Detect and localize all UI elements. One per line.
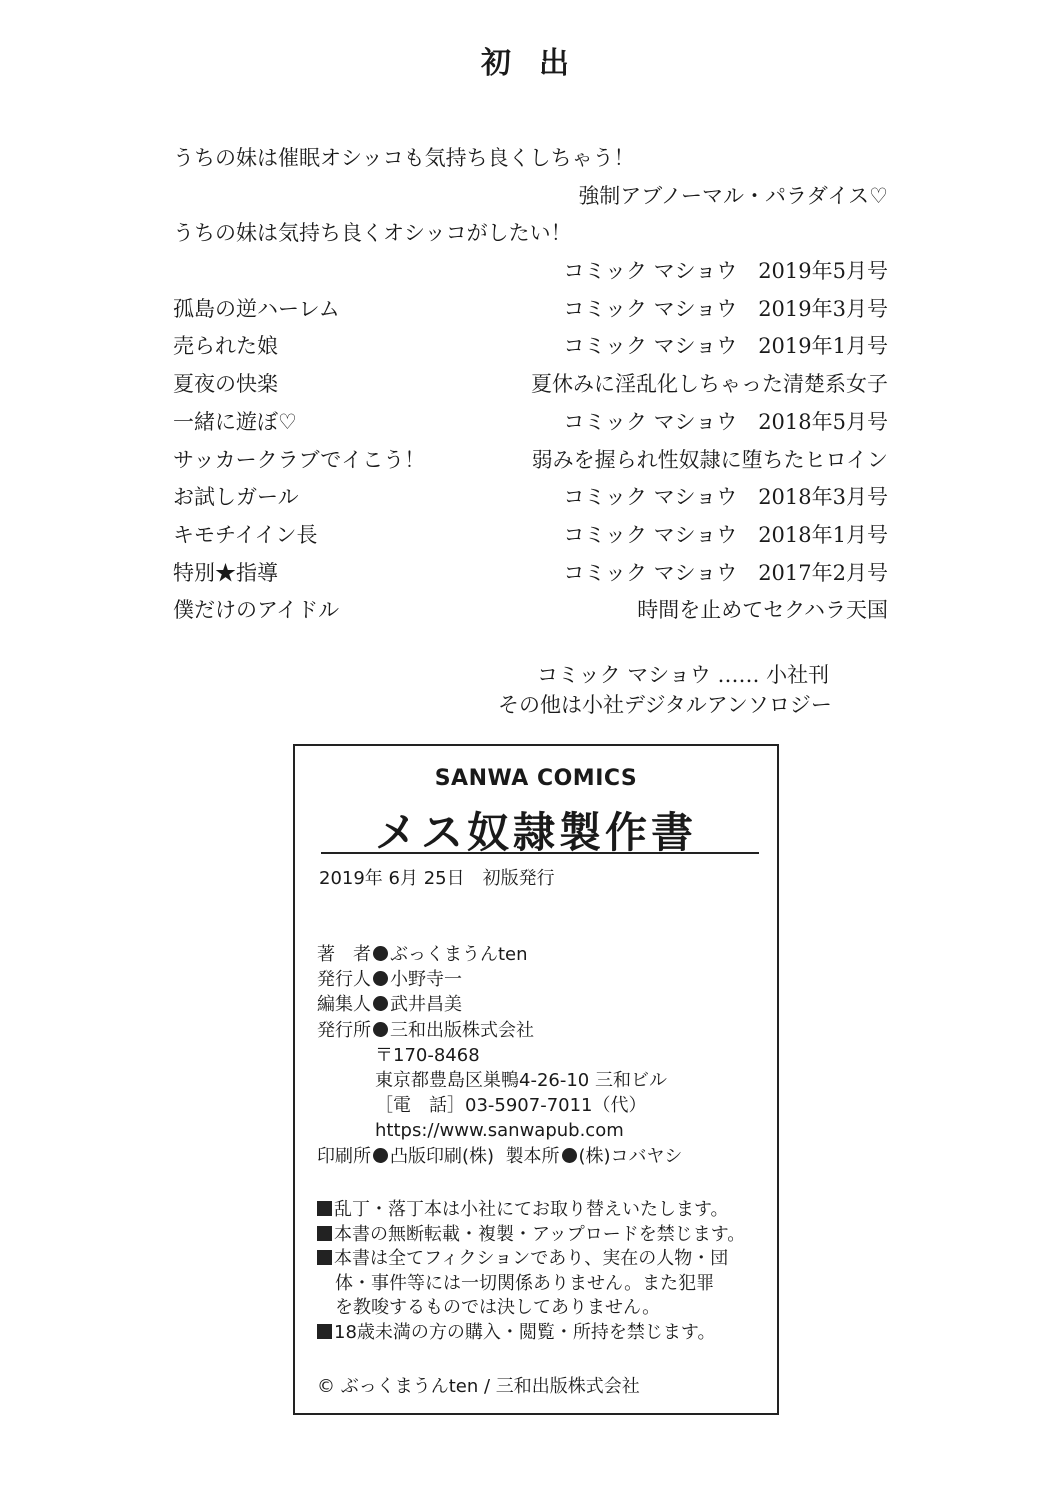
staff-label: 発行所 [317,1020,371,1041]
story-title: 僕だけのアイドル [173,592,339,630]
credit-row: 特別★指導 コミック マショウ 2017年2月号 [173,555,888,593]
note-digital: その他は小社デジタルアンソロジー [498,690,832,720]
credit-row: キモチイイン長 コミック マショウ 2018年1月号 [173,517,888,555]
credit-row: うちの妹は気持ち良くオシッコがしたい！ [173,215,888,253]
printer-binder: 印刷所凸版印刷(株) 製本所(株)コバヤシ [317,1144,682,1169]
story-title: 孤島の逆ハーレム [173,291,340,329]
bullet-icon [373,946,388,961]
phone-number: ［電 話］03-5907-7011（代） [317,1093,682,1118]
legal-notices: 乱丁・落丁本は小社にてお取り替えいたします。 本書の無断転載・複製・アップロード… [317,1198,745,1345]
story-source: コミック マショウ 2017年2月号 [563,555,888,593]
story-title: 特別★指導 [173,555,278,593]
page-heading: 初出 [0,38,1058,82]
story-source: コミック マショウ 2019年1月号 [563,328,888,366]
credit-row: 僕だけのアイドル 時間を止めてセクハラ天国 [173,592,888,630]
credits-list: うちの妹は催眠オシッコも気持ち良くしちゃう！ 強制アブノーマル・パラダイス♡ う… [173,140,888,630]
website-url: https://www.sanwapub.com [317,1118,682,1143]
legal-item: 18歳未満の方の購入・閲覧・所持を禁じます。 [317,1321,745,1346]
story-title: 一緒に遊ぼ♡ [173,404,297,442]
staff-publisher: 発行所三和出版株式会社 [317,1018,682,1043]
credit-row: サッカークラブでイこう！ 弱みを握られ性奴隷に堕ちたヒロイン [173,442,888,480]
legal-item: 本書は全てフィクションであり、実在の人物・団 [317,1247,745,1272]
series-name: SANWA COMICS [295,766,777,791]
story-title: 売られた娘 [173,328,278,366]
street-address: 東京都豊島区巣鴨4-26-10 三和ビル [317,1068,682,1093]
story-title: お試しガール [173,479,299,517]
copyright-notice: © ぶっくまうんten / 三和出版株式会社 [317,1372,640,1398]
credit-row: お試しガール コミック マショウ 2018年3月号 [173,479,888,517]
bullet-icon [373,1022,388,1037]
staff-value: 武井昌美 [390,994,462,1015]
story-title: キモチイイン長 [173,517,317,555]
bullet-icon [373,1148,388,1163]
book-title: メス奴隷製作書 [295,800,777,860]
staff-value: 三和出版株式会社 [390,1020,534,1041]
story-source: コミック マショウ 2019年5月号 [563,253,888,291]
staff-publisher-person: 発行人小野寺一 [317,967,682,992]
credit-row: 強制アブノーマル・パラダイス♡ [173,178,888,216]
printer-value: 凸版印刷(株) [390,1146,494,1167]
story-source: コミック マショウ 2019年3月号 [563,291,888,329]
credit-row: 売られた娘 コミック マショウ 2019年1月号 [173,328,888,366]
story-source: 弱みを握られ性奴隷に堕ちたヒロイン [532,442,888,480]
staff-label: 編集人 [317,994,371,1015]
story-title: うちの妹は気持ち良くオシッコがしたい！ [173,215,572,253]
staff-editor: 編集人武井昌美 [317,992,682,1017]
note-magazine: コミック マショウ …… 小社刊 [537,660,829,690]
staff-value: 小野寺一 [390,969,462,990]
colophon-box: SANWA COMICS メス奴隷製作書 2019年 6月 25日 初版発行 著… [293,744,779,1415]
square-bullet-icon [317,1324,332,1339]
staff-value: ぶっくまうんten [390,944,528,965]
staff-author: 著 者ぶっくまうんten [317,942,682,967]
story-source: コミック マショウ 2018年5月号 [563,404,888,442]
credit-row: 孤島の逆ハーレム コミック マショウ 2019年3月号 [173,291,888,329]
credit-row: 一緒に遊ぼ♡ コミック マショウ 2018年5月号 [173,404,888,442]
printer-label: 印刷所 [317,1146,371,1167]
square-bullet-icon [317,1250,332,1265]
bullet-icon [373,971,388,986]
legal-item: 本書の無断転載・複製・アップロードを禁じます。 [317,1223,745,1248]
story-title: 夏夜の快楽 [173,366,278,404]
bullet-icon [373,996,388,1011]
legal-item-continued: 体・事件等には一切関係ありません。また犯罪 [317,1272,745,1297]
binder-label: 製本所 [506,1146,560,1167]
story-source: コミック マショウ 2018年1月号 [563,517,888,555]
postal-code: 〒170-8468 [317,1043,682,1068]
story-source: コミック マショウ 2018年3月号 [563,479,888,517]
credit-row: 夏夜の快楽 夏休みに淫乱化しちゃった清楚系女子 [173,366,888,404]
story-title: サッカークラブでイこう！ [173,442,425,480]
credit-row: うちの妹は催眠オシッコも気持ち良くしちゃう！ [173,140,888,178]
bullet-icon [562,1148,577,1163]
legal-item-continued: を教唆するものでは決してありません。 [317,1296,745,1321]
story-title: うちの妹は催眠オシッコも気持ち良くしちゃう！ [173,140,635,178]
legal-item: 乱丁・落丁本は小社にてお取り替えいたします。 [317,1198,745,1223]
staff-label: 発行人 [317,969,371,990]
credit-row: コミック マショウ 2019年5月号 [173,253,888,291]
staff-label: 著 者 [317,944,371,965]
binder-value: (株)コバヤシ [579,1146,683,1167]
square-bullet-icon [317,1201,332,1216]
publication-date: 2019年 6月 25日 初版発行 [319,864,555,890]
title-divider [321,852,759,854]
staff-list: 著 者ぶっくまうんten 発行人小野寺一 編集人武井昌美 発行所三和出版株式会社… [317,942,682,1169]
story-source: 時間を止めてセクハラ天国 [637,592,888,630]
square-bullet-icon [317,1226,332,1241]
story-source: 夏休みに淫乱化しちゃった清楚系女子 [531,366,888,404]
story-title: 強制アブノーマル・パラダイス♡ [578,178,888,216]
